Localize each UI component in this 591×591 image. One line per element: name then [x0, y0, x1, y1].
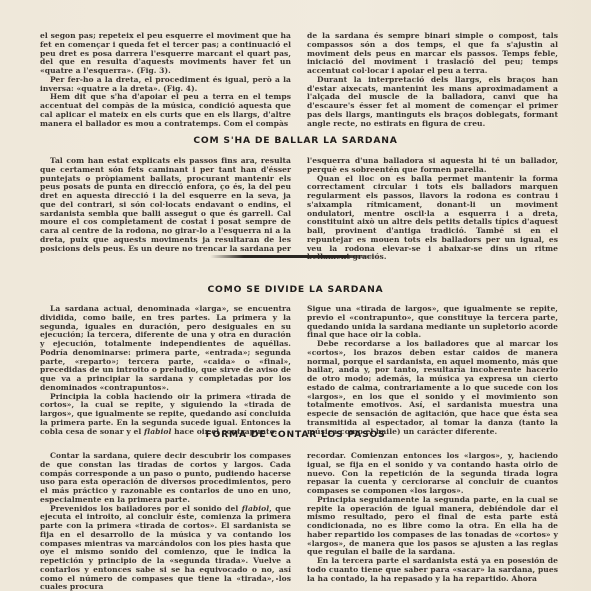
section-como-se-divide: La sardana actual, denominada «larga», s… [40, 305, 558, 436]
heading-forma-de-contar: FORMA DE CONTAR LOS PASOS [0, 429, 591, 440]
paragraph: Quan el lloc on es balla permet mantenir… [307, 175, 558, 263]
paragraph: recordar. Comienzan entonces los «largos… [307, 452, 558, 496]
section-divider [210, 255, 380, 258]
column-left: Contar la sardana, quiere decir descubri… [40, 452, 291, 591]
section-intro: el segon pas; repeteix el peu esquerre e… [40, 32, 558, 128]
column-right: recordar. Comienzan entonces los «largos… [307, 452, 558, 591]
column-left: Tal com han estat explicats els passos f… [40, 157, 291, 262]
paragraph: el segon pas; repeteix el peu esquerre e… [40, 32, 291, 76]
paragraph: l'esquerra d'una balladora si aquesta hi… [307, 157, 558, 175]
column-right: l'esquerra d'una balladora si aquesta hi… [307, 157, 558, 262]
paragraph: Durant la interpretació dels llargs, els… [307, 76, 558, 129]
heading-como-se-divide: COMO SE DIVIDE LA SARDANA [0, 284, 591, 295]
column-right: Sigue una «tirada de largos», que igualm… [307, 305, 558, 436]
paragraph: Prevenidos los bailadores por el sonido … [40, 505, 291, 591]
paragraph: Sigue una «tirada de largos», que igualm… [307, 305, 558, 340]
paragraph: Tal com han estat explicats els passos f… [40, 157, 291, 253]
paragraph: Principia seguidamente la segunda parte,… [307, 496, 558, 557]
column-left: el segon pas; repeteix el peu esquerre e… [40, 32, 291, 128]
page-speck [276, 578, 278, 580]
paragraph: Hem dit que s'ha d'apoiar el peu a terra… [40, 93, 291, 128]
paragraph: En la tercera parte el sardanista está y… [307, 557, 558, 583]
paragraph: Debe recordarse a los bailadores que al … [307, 340, 558, 436]
italic-term: flabiol [242, 504, 269, 513]
heading-com-sha-de-ballar: COM S'HA DE BALLAR LA SARDANA [0, 135, 591, 146]
column-right: de la sardana és sempre binari simple o … [307, 32, 558, 128]
book-page: el segon pas; repeteix el peu esquerre e… [0, 0, 591, 591]
paragraph: de la sardana és sempre binari simple o … [307, 32, 558, 76]
column-left: La sardana actual, denominada «larga», s… [40, 305, 291, 436]
section-com-sha-de-ballar: Tal com han estat explicats els passos f… [40, 157, 558, 262]
paragraph: Per fer-ho a la dreta, el procediment és… [40, 76, 291, 94]
paragraph: La sardana actual, denominada «larga», s… [40, 305, 291, 393]
section-forma-de-contar: Contar la sardana, quiere decir descubri… [40, 452, 558, 591]
paragraph: Contar la sardana, quiere decir descubri… [40, 452, 291, 505]
